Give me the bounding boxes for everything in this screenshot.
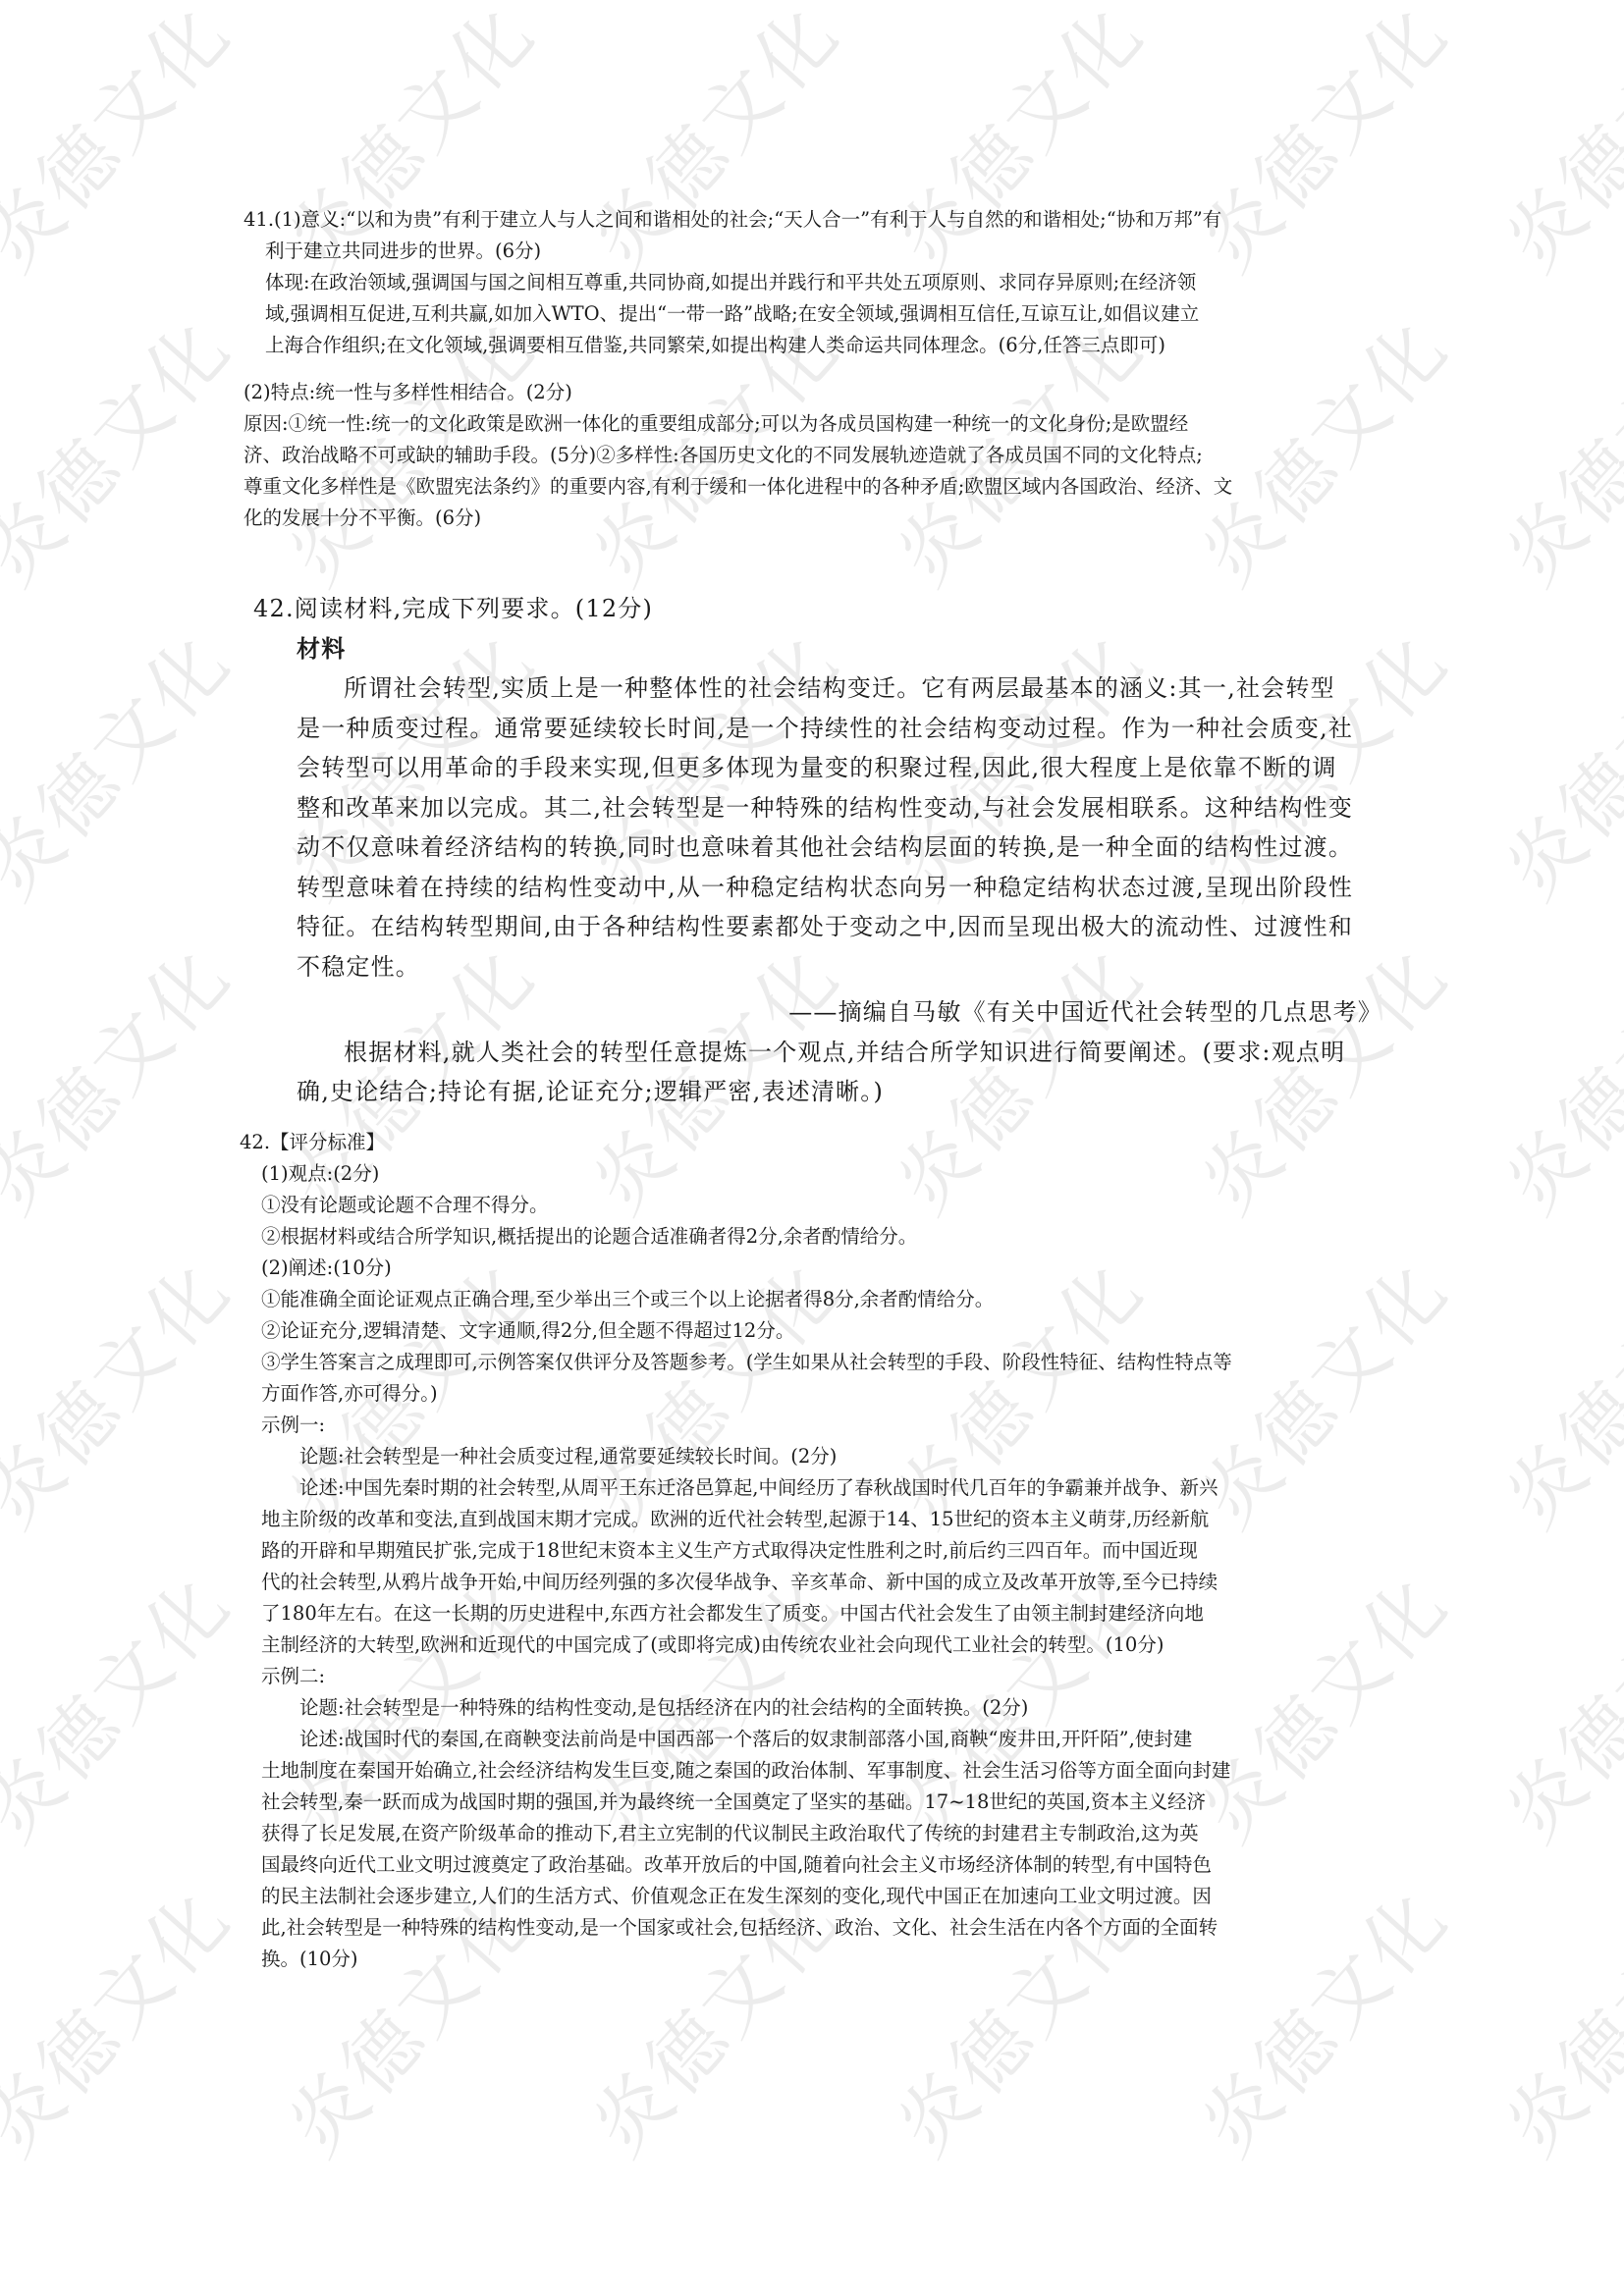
material-label: 材料	[253, 629, 1382, 669]
example1-argument-line: 地主阶级的改革和变法,直到战国末期才完成。欧洲的近代社会转型,起源于14、15世…	[261, 1504, 1393, 1535]
q41-part2: (2)特点:统一性与多样性相结合。(2分) 原因:①统一性:统一的文化政策是欧洲…	[244, 377, 1392, 534]
example2-argument-line: 社会转型,秦一跃而成为战国时期的强国,并为最终统一全国奠定了坚实的基础。17~1…	[261, 1787, 1393, 1818]
q42-question: 42.阅读材料,完成下列要求。(12分) 材料 所谓社会转型,实质上是一种整体性…	[253, 589, 1382, 1112]
example2-argument-line: 换。(10分)	[261, 1944, 1393, 1975]
example1-argument-line: 代的社会转型,从鸦片战争开始,中间历经列强的多次侵华战争、辛亥革命、新中国的成立…	[261, 1567, 1393, 1598]
example2-argument-line: 获得了长足发展,在资产阶级革命的推动下,君主立宪制的代议制民主政治取代了传统的封…	[261, 1818, 1393, 1849]
example1-argument-line: 了180年左右。在这一长期的历史进程中,东西方社会都发生了质变。中国古代社会发生…	[261, 1598, 1393, 1629]
requirement-line: 确,史论结合;持论有据,论证充分;逻辑严密,表述清晰。)	[297, 1072, 1382, 1112]
q41-meaning-line: 41.(1)意义:“以和为贵”有利于建立人与人之间和谐相处的社会;“天人合一”有…	[244, 204, 1392, 236]
q41-part2-line: 济、政治战略不可或缺的辅助手段。(5分)②多样性:各国历史文化的不同发展轨迹造就…	[244, 440, 1392, 471]
scoring-criteria: (1)观点:(2分) ①没有论题或论题不合理不得分。 ②根据材料或结合所学知识,…	[240, 1158, 1393, 1975]
material-line: 转型意味着在持续的结构性变动中,从一种稳定结构状态向另一种稳定结构状态过渡,呈现…	[297, 868, 1382, 908]
scoring-title: 42.【评分标准】	[240, 1127, 1393, 1158]
q41-meaning-line: 利于建立共同进步的世界。(6分)	[244, 236, 1392, 267]
material-line: 所谓社会转型,实质上是一种整体性的社会结构变迁。它有两层最基本的涵义:其一,社会…	[297, 668, 1382, 709]
criteria-line: (2)阐述:(10分)	[261, 1253, 1393, 1284]
criteria-line: ①能准确全面论证观点正确合理,至少举出三个或三个以上论据者得8分,余者酌情给分。	[261, 1284, 1393, 1315]
material-source: ——摘编自马敏《有关中国近代社会转型的几点思考》	[297, 992, 1382, 1033]
criteria-line: (1)观点:(2分)	[261, 1158, 1393, 1190]
example2-argument-line: 国最终向近代工业文明过渡奠定了政治基础。改革开放后的中国,随着向社会主义市场经济…	[261, 1849, 1393, 1881]
material-passage: 所谓社会转型,实质上是一种整体性的社会结构变迁。它有两层最基本的涵义:其一,社会…	[253, 668, 1382, 1112]
example1-argument-line: 主制经济的大转型,欧洲和近现代的中国完成了(或即将完成)由传统农业社会向现代工业…	[261, 1629, 1393, 1661]
requirement-line: 根据材料,就人类社会的转型任意提炼一个观点,并结合所学知识进行简要阐述。(要求:…	[297, 1033, 1382, 1073]
q42-scoring: 42.【评分标准】 (1)观点:(2分) ①没有论题或论题不合理不得分。 ②根据…	[240, 1127, 1393, 1975]
q41-part2-line: (2)特点:统一性与多样性相结合。(2分)	[244, 377, 1392, 408]
q42-title: 42.阅读材料,完成下列要求。(12分)	[253, 589, 1382, 629]
example1-argument-line: 路的开辟和早期殖民扩张,完成于18世纪末资本主义生产方式取得决定性胜利之时,前后…	[261, 1535, 1393, 1567]
q41-part2-line: 原因:①统一性:统一的文化政策是欧洲一体化的重要组成部分;可以为各成员国构建一种…	[244, 408, 1392, 440]
example1-thesis: 论题:社会转型是一种社会质变过程,通常要延续较长时间。(2分)	[261, 1441, 1393, 1472]
material-line: 是一种质变过程。通常要延续较长时间,是一个持续性的社会结构变动过程。作为一种社会…	[297, 709, 1382, 749]
criteria-line: ③学生答案言之成理即可,示例答案仅供评分及答题参考。(学生如果从社会转型的手段、…	[261, 1347, 1393, 1378]
example2-argument-line: 论述:战国时代的秦国,在商鞅变法前尚是中国西部一个落后的奴隶制部落小国,商鞅“废…	[261, 1724, 1393, 1755]
material-line: 动不仅意味着经济结构的转换,同时也意味着其他社会结构层面的转换,是一种全面的结构…	[297, 828, 1382, 868]
q41-part2-line: 尊重文化多样性是《欧盟宪法条约》的重要内容,有利于缓和一体化进程中的各种矛盾;欧…	[244, 471, 1392, 503]
q41-embodiment-line: 上海合作组织;在文化领域,强调要相互借鉴,共同繁荣,如提出构建人类命运共同体理念…	[244, 330, 1392, 361]
material-line: 不稳定性。	[297, 947, 1382, 988]
example2-thesis: 论题:社会转型是一种特殊的结构性变动,是包括经济在内的社会结构的全面转换。(2分…	[261, 1692, 1393, 1724]
example2-argument-line: 的民主法制社会逐步建立,人们的生活方式、价值观念正在发生深刻的变化,现代中国正在…	[261, 1881, 1393, 1912]
criteria-line: 方面作答,亦可得分。)	[261, 1378, 1393, 1410]
material-line: 会转型可以用革命的手段来实现,但更多体现为量变的积聚过程,因此,很大程度上是依靠…	[297, 748, 1382, 788]
q41-part1: 41.(1)意义:“以和为贵”有利于建立人与人之间和谐相处的社会;“天人合一”有…	[244, 204, 1392, 361]
q41-part2-line: 化的发展十分不平衡。(6分)	[244, 503, 1392, 534]
example1-label: 示例一:	[261, 1410, 1393, 1441]
material-line: 特征。在结构转型期间,由于各种结构性要素都处于变动之中,因而呈现出极大的流动性、…	[297, 907, 1382, 947]
material-line: 整和改革来加以完成。其二,社会转型是一种特殊的结构性变动,与社会发展相联系。这种…	[297, 788, 1382, 828]
q41-embodiment-line: 体现:在政治领域,强调国与国之间相互尊重,共同协商,如提出并践行和平共处五项原则…	[244, 267, 1392, 298]
criteria-line: ②论证充分,逻辑清楚、文字通顺,得2分,但全题不得超过12分。	[261, 1315, 1393, 1347]
q41-embodiment-line: 域,强调相互促进,互利共赢,如加入WTO、提出“一带一路”战略;在安全领域,强调…	[244, 298, 1392, 330]
example2-argument-line: 此,社会转型是一种特殊的结构性变动,是一个国家或社会,包括经济、政治、文化、社会…	[261, 1912, 1393, 1944]
criteria-line: ①没有论题或论题不合理不得分。	[261, 1190, 1393, 1221]
criteria-line: ②根据材料或结合所学知识,概括提出的论题合适准确者得2分,余者酌情给分。	[261, 1221, 1393, 1253]
document-page: 41.(1)意义:“以和为贵”有利于建立人与人之间和谐相处的社会;“天人合一”有…	[0, 0, 1624, 2296]
example2-argument-line: 土地制度在秦国开始确立,社会经济结构发生巨变,随之秦国的政治体制、军事制度、社会…	[261, 1755, 1393, 1787]
example2-label: 示例二:	[261, 1661, 1393, 1692]
example1-argument-line: 论述:中国先秦时期的社会转型,从周平王东迁洛邑算起,中间经历了春秋战国时代几百年…	[261, 1472, 1393, 1504]
